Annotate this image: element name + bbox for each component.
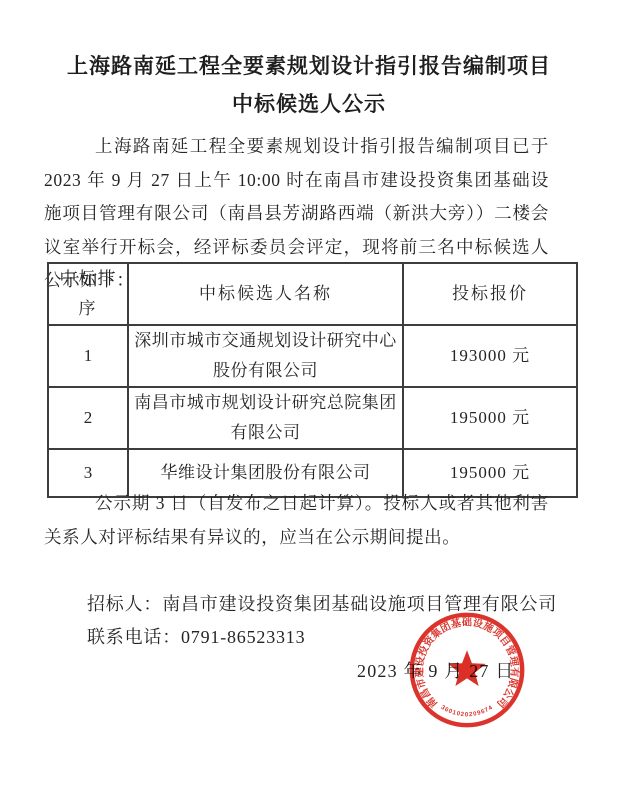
- document-page: 上海路南延工程全要素规划设计指引报告编制项目 中标候选人公示 上海路南延工程全要…: [0, 0, 618, 804]
- bid-candidates-table: 中标排序 中标候选人名称 投标报价 1 深圳市城市交通规划设计研究中心股份有限公…: [47, 262, 578, 498]
- bid-price-cell: 193000 元: [403, 325, 577, 387]
- rank-cell: 2: [48, 387, 128, 449]
- header-bid-price: 投标报价: [403, 263, 577, 325]
- title-line-1: 上海路南延工程全要素规划设计指引报告编制项目: [0, 47, 618, 85]
- signature-block: 招标人：南昌市建设投资集团基础设施项目管理有限公司 联系电话：0791-8652…: [87, 588, 557, 654]
- document-date: 2023 年 9 月 27 日: [357, 657, 515, 683]
- document-title: 上海路南延工程全要素规划设计指引报告编制项目 中标候选人公示: [0, 47, 618, 123]
- publicity-period-paragraph: 公示期 3 日（自发布之日起计算）。投标人或者其他利害关系人对评标结果有异议的，…: [44, 487, 549, 554]
- table-row: 2 南昌市城市规划设计研究总院集团有限公司 195000 元: [48, 387, 577, 449]
- seal-number-arc-text: 3601020209674: [440, 704, 495, 718]
- title-line-2: 中标候选人公示: [0, 85, 618, 123]
- contact-phone-line: 联系电话：0791-86523313: [87, 621, 557, 654]
- table-header-row: 中标排序 中标候选人名称 投标报价: [48, 263, 577, 325]
- rank-cell: 1: [48, 325, 128, 387]
- svg-text:3601020209674: 3601020209674: [440, 704, 495, 718]
- candidate-name-cell: 南昌市城市规划设计研究总院集团有限公司: [128, 387, 403, 449]
- header-candidate-name: 中标候选人名称: [128, 263, 403, 325]
- table-row: 1 深圳市城市交通规划设计研究中心股份有限公司 193000 元: [48, 325, 577, 387]
- tenderer-line: 招标人：南昌市建设投资集团基础设施项目管理有限公司: [87, 588, 557, 621]
- candidate-name-cell: 深圳市城市交通规划设计研究中心股份有限公司: [128, 325, 403, 387]
- bid-price-cell: 195000 元: [403, 387, 577, 449]
- header-rank: 中标排序: [48, 263, 128, 325]
